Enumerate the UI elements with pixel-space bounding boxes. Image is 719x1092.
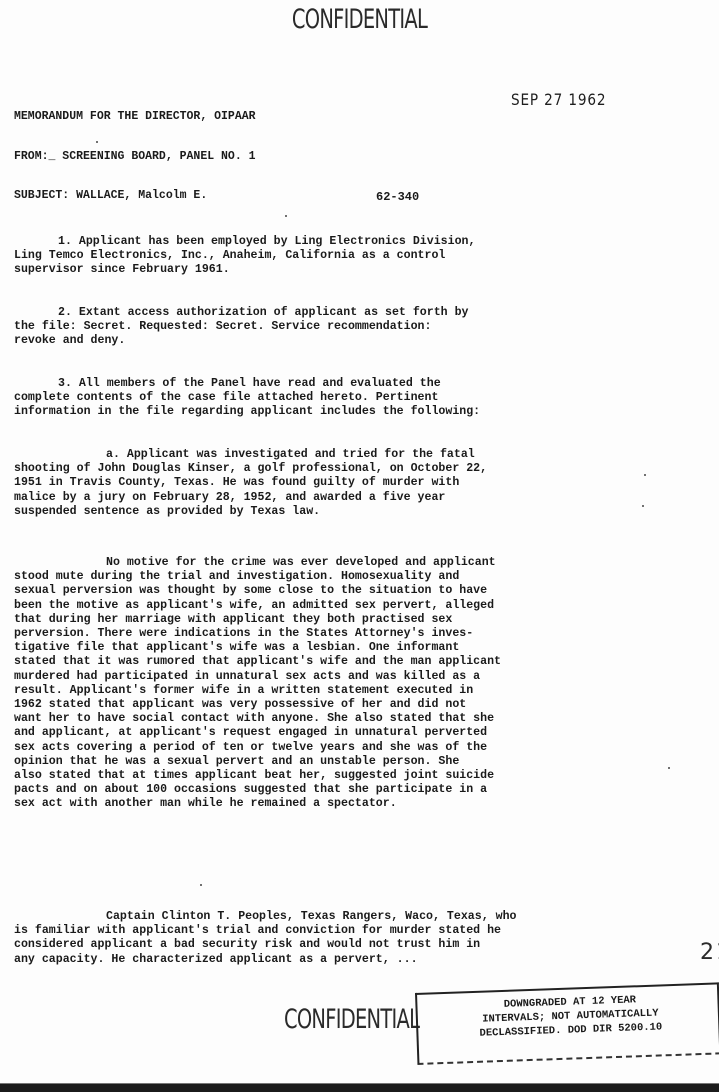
- downgrade-notice-stamp: DOWNGRADED AT 12 YEAR INTERVALS; NOT AUT…: [415, 982, 719, 1065]
- memo-subject: SUBJECT: WALLACE, Malcolm E.: [14, 189, 207, 202]
- handwritten-page-mark: 21: [700, 940, 719, 965]
- downgrade-notice-text: DOWNGRADED AT 12 YEAR INTERVALS; NOT AUT…: [427, 991, 713, 1043]
- scan-speck: [200, 884, 202, 886]
- classification-stamp-top: CONFIDENTIAL: [101, 4, 619, 35]
- scan-speck: [668, 767, 670, 769]
- paragraph-3-panel-evaluation: 3. All members of the Panel have read an…: [14, 377, 659, 420]
- memo-from: FROM:_ SCREENING BOARD, PANEL NO. 1: [14, 150, 256, 163]
- scan-speck: [642, 505, 644, 507]
- file-number: 62-340: [376, 190, 419, 204]
- paragraph-3a-criminal-record: a. Applicant was investigated and tried …: [14, 448, 659, 519]
- date-stamp: SEP 27 1962: [511, 90, 606, 109]
- memo-addressee: MEMORANDUM FOR THE DIRECTOR, OIPAAR: [14, 110, 256, 123]
- scan-speck: [644, 474, 646, 476]
- scan-speck: [285, 215, 287, 217]
- classification-stamp-bottom: CONFIDENTIAL: [284, 1004, 419, 1035]
- bottom-edge-bar: [0, 1083, 719, 1092]
- paragraph-motive-informants: No motive for the crime was ever develop…: [14, 556, 659, 812]
- scanned-memorandum-page: CONFIDENTIAL SEP 27 1962 MEMORANDUM FOR …: [0, 0, 719, 1084]
- paragraph-2-access-authorization: 2. Extant access authorization of applic…: [14, 306, 659, 349]
- paragraph-1-employment: 1. Applicant has been employed by Ling E…: [14, 235, 659, 278]
- scan-speck: [96, 141, 98, 143]
- paragraph-captain-peoples: Captain Clinton T. Peoples, Texas Ranger…: [14, 910, 659, 967]
